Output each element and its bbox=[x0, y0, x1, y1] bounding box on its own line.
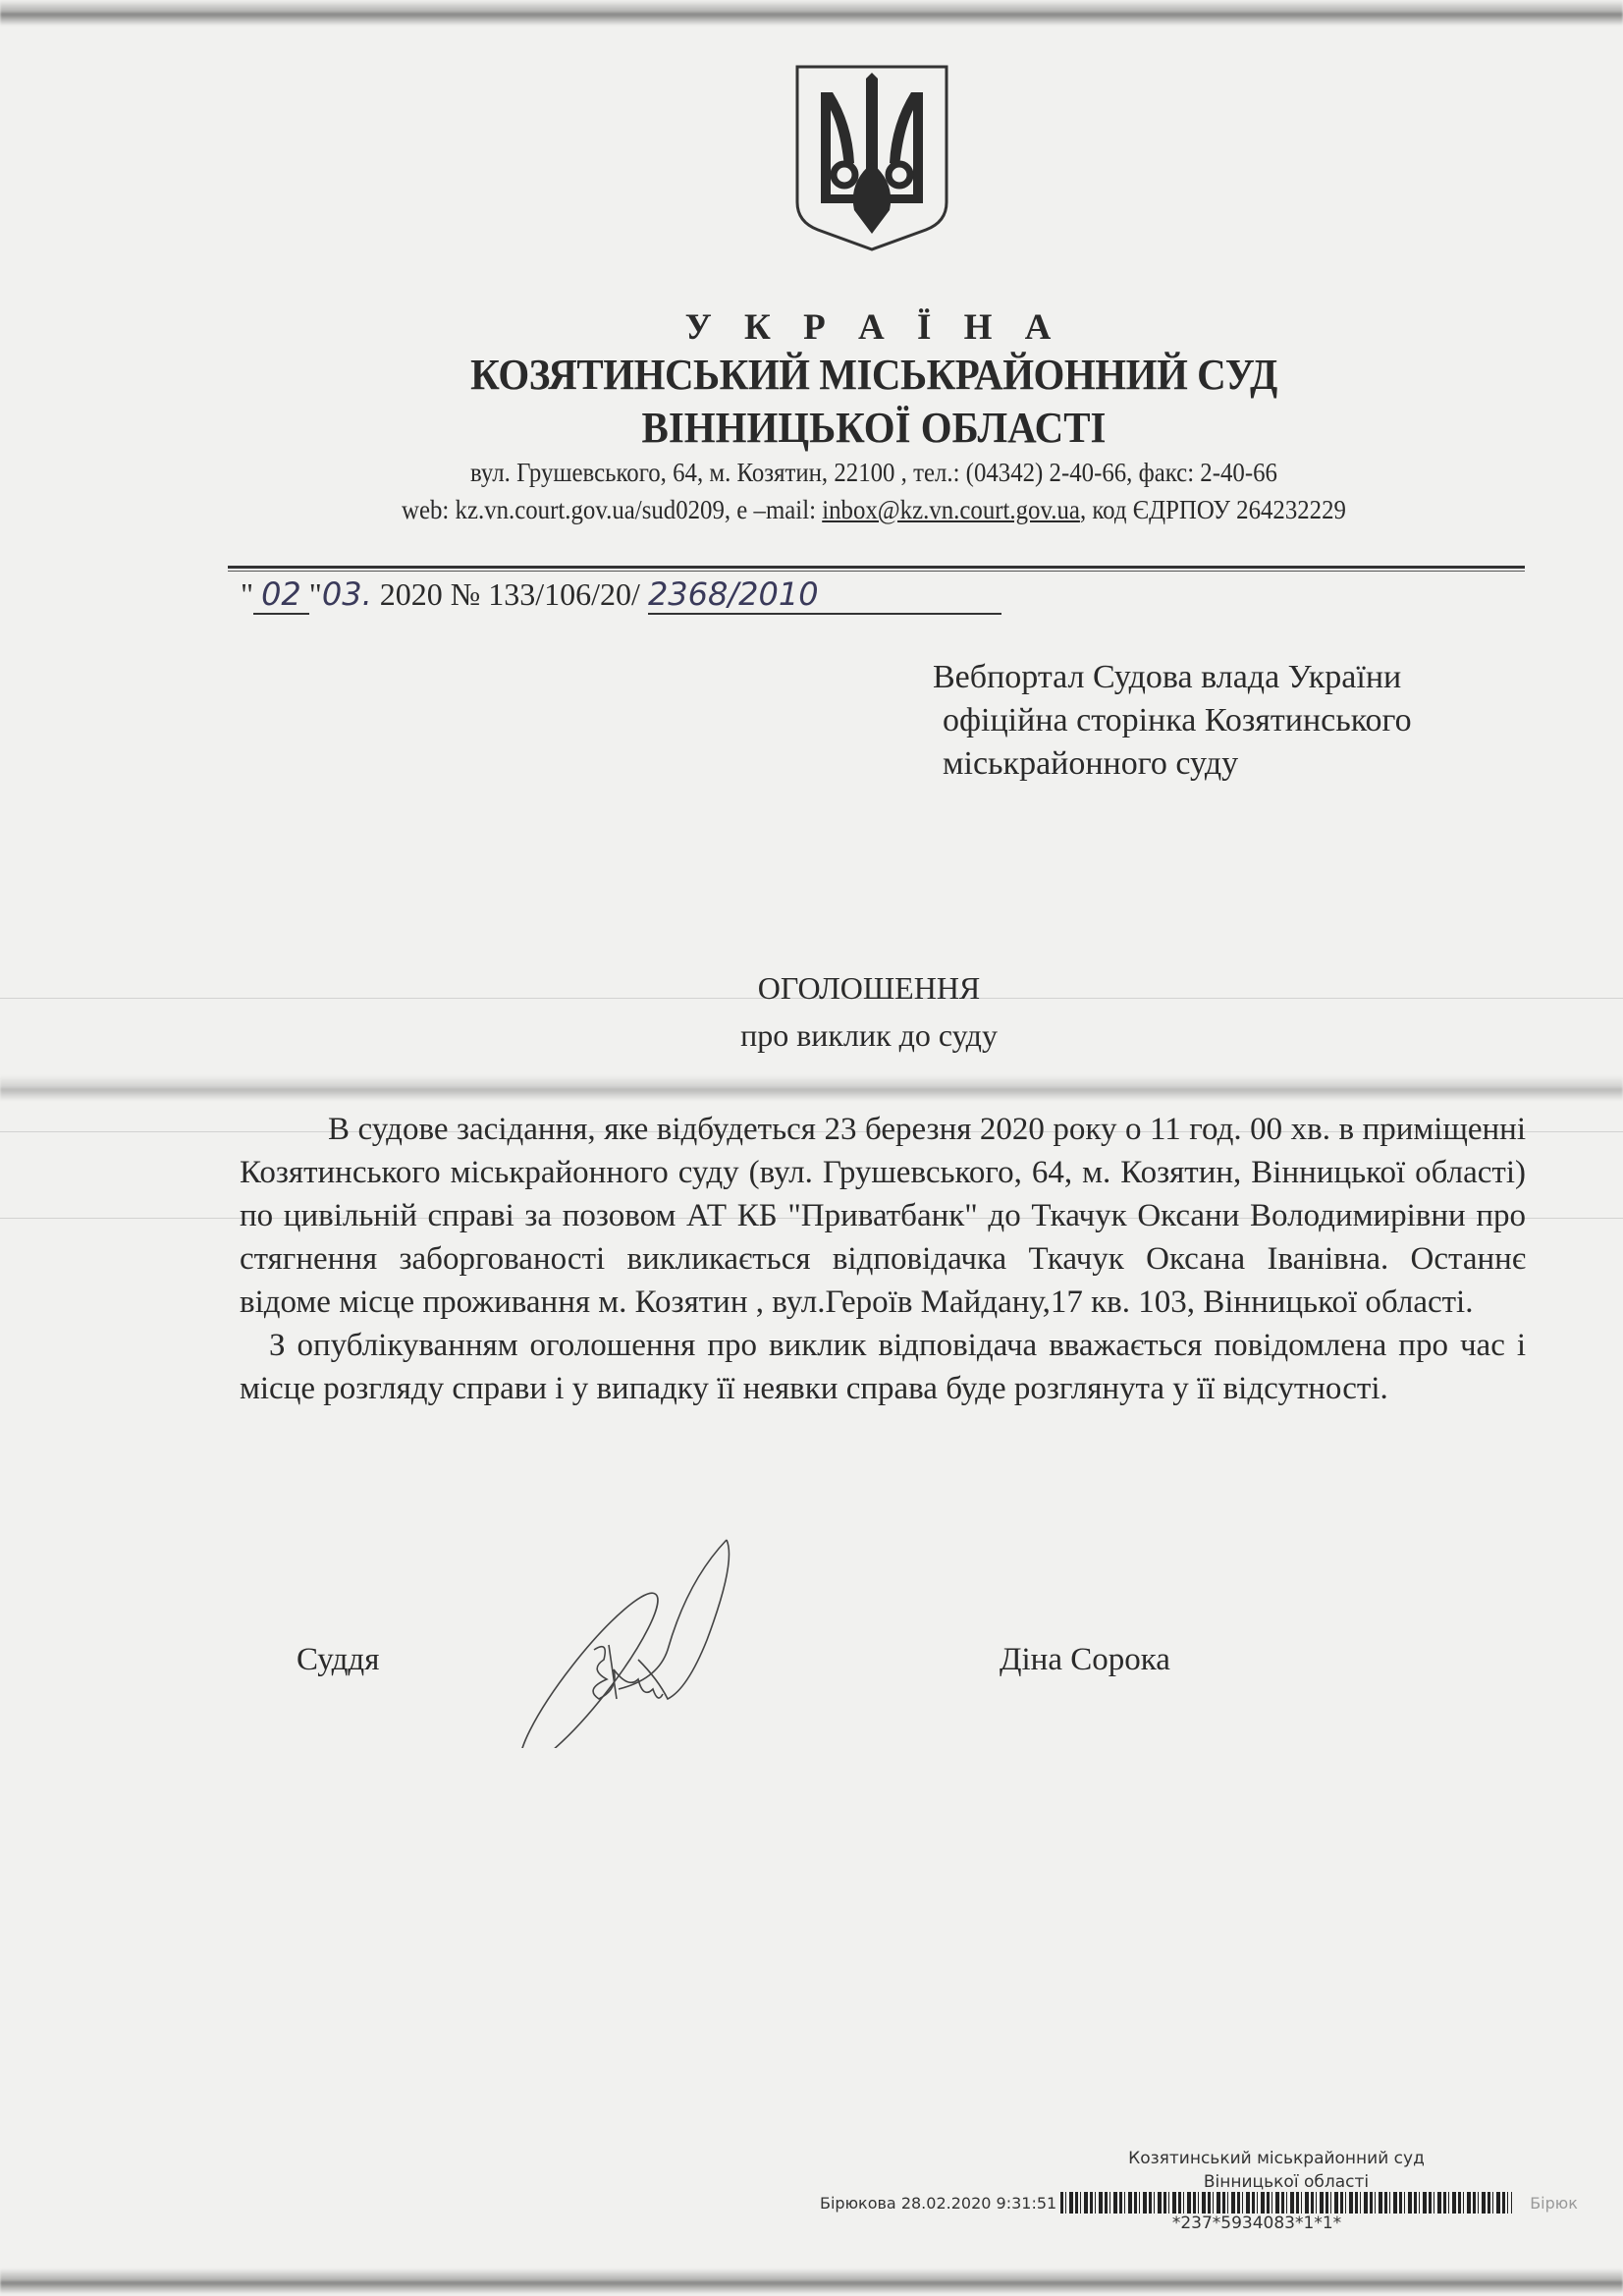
recipient-line: офіційна сторінка Козятинського bbox=[933, 699, 1412, 742]
notice-paragraph: З опублікуванням оголошення про виклик в… bbox=[240, 1324, 1526, 1410]
email-link[interactable]: inbox@kz.vn.court.gov.ua bbox=[822, 495, 1080, 524]
stamp-operator-timestamp: Бірюкова 28.02.2020 9:31:51 bbox=[820, 2194, 1056, 2213]
registry-stamp: Козятинський міськрайонний суд Вінницько… bbox=[884, 2149, 1610, 2233]
open-quote: " bbox=[241, 576, 253, 612]
notice-title: ОГОЛОШЕННЯ bbox=[0, 970, 1623, 1007]
scan-artifact-top bbox=[0, 0, 1623, 26]
registration-year: 2020 bbox=[380, 576, 443, 612]
notice-paragraph: В судове засідання, яке відбудеться 23 б… bbox=[240, 1108, 1526, 1324]
recipient-line: Вебпортал Судова влада України bbox=[933, 656, 1412, 699]
edrpou-code: , код ЄДРПОУ 264232229 bbox=[1080, 495, 1346, 524]
recipient-line: міськрайонного суду bbox=[933, 742, 1412, 786]
recipient-block: Вебпортал Судова влада України офіційна … bbox=[933, 656, 1412, 786]
handwritten-signature-icon bbox=[491, 1532, 746, 1748]
header-divider bbox=[228, 566, 1525, 569]
stamp-court-name: Козятинський міськрайонний суд bbox=[884, 2149, 1610, 2168]
header-address: вул. Грушевського, 64, м. Козятин, 22100… bbox=[70, 458, 1623, 488]
notice-subtitle: про виклик до суду bbox=[0, 1017, 1623, 1054]
registration-number: № 133/106/20/ bbox=[451, 576, 640, 612]
judge-name: Діна Сорока bbox=[1000, 1642, 1170, 1678]
registration-line: "02"03. 2020 № 133/106/20/ 2368/2010 bbox=[241, 575, 1001, 615]
barcode-code: *237*5934083*1*1* bbox=[884, 2214, 1610, 2233]
registration-month: 03. bbox=[322, 575, 372, 613]
registration-case-number: 2368/2010 bbox=[648, 575, 1001, 615]
tryzub-coat-of-arms-icon bbox=[793, 65, 950, 251]
notice-body: В судове засідання, яке відбудеться 23 б… bbox=[240, 1108, 1526, 1410]
barcode-icon bbox=[1060, 2192, 1512, 2214]
scan-artifact-bottom bbox=[0, 2269, 1623, 2294]
judge-role-label: Суддя bbox=[297, 1642, 379, 1678]
stamp-court-region: Вінницької області bbox=[884, 2172, 1610, 2192]
header-court-region: ВІННИЦЬКОЇ ОБЛАСТІ bbox=[61, 403, 1623, 453]
header-web-contacts: web: kz.vn.court.gov.ua/sud0209, e –mail… bbox=[70, 495, 1623, 525]
header-court-name: КОЗЯТИНСЬКИЙ МІСЬКРАЙОННИЙ СУД bbox=[61, 350, 1623, 400]
scan-artifact-middle bbox=[0, 1075, 1623, 1101]
stamp-ghost-text: Бірюк bbox=[1530, 2194, 1578, 2213]
registration-day: 02 bbox=[253, 575, 309, 615]
header-divider-thin bbox=[228, 571, 1525, 572]
close-quote: " bbox=[309, 576, 322, 612]
header-country: У К Р А Ї Н А bbox=[0, 306, 1623, 349]
web-prefix: web: kz.vn.court.gov.ua/sud0209, e –mail… bbox=[402, 495, 822, 524]
